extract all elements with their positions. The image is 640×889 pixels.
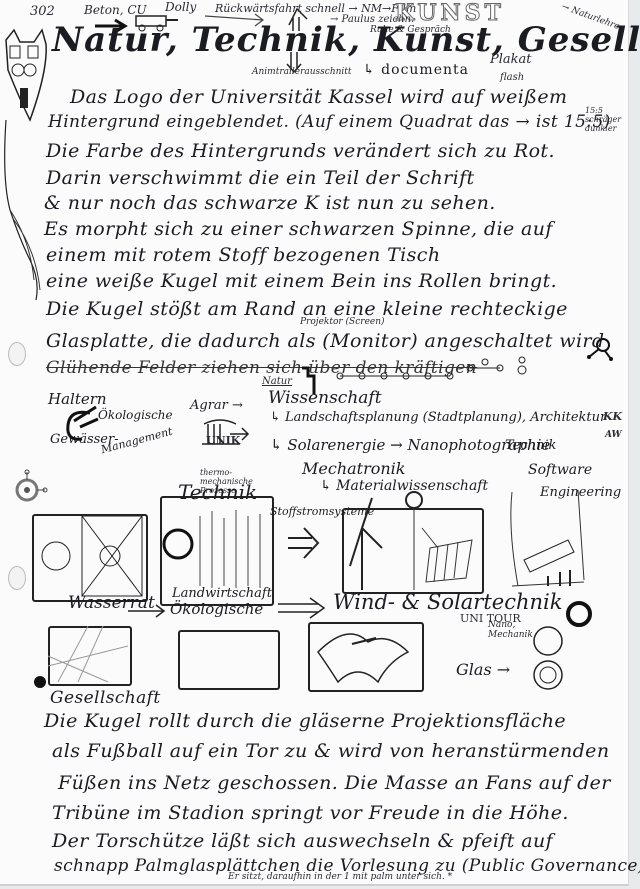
label-oekologische: Ökologische	[170, 600, 263, 618]
text-line: als Fußball auf ein Tor zu & wird von he…	[52, 740, 609, 762]
label-glas: Glas →	[456, 660, 510, 679]
note-plakat: Plakat	[490, 52, 532, 67]
text-line: Das Logo der Universität Kassel wird auf…	[70, 86, 567, 108]
floor-grid-icon	[48, 626, 128, 682]
text-line: Der Torschütze läßt sich auswechseln & p…	[52, 830, 553, 852]
punch-hole	[8, 566, 26, 590]
text-line: eine weiße Kugel mit einem Bein ins Roll…	[46, 270, 557, 292]
text-line: & nur noch das schwarze K ist nun zu seh…	[44, 192, 496, 214]
badge-circles-icon	[530, 625, 570, 695]
target-icon	[15, 470, 51, 506]
mindmap-natur-label: Natur	[262, 376, 292, 387]
building-sketch-icon	[200, 418, 250, 448]
page-number: 302	[30, 4, 55, 19]
section-heading: Gesellschaft	[50, 688, 161, 708]
text-line: Darin verschwimmt die ein Teil der Schri…	[46, 167, 475, 189]
mindmap-management: Management	[100, 425, 174, 457]
wind-turbine-icon	[342, 478, 482, 588]
label-landwirtschaft: Landwirtschaft	[172, 586, 272, 601]
note-animtrailer: Animtrailerausschnitt	[252, 67, 352, 77]
margin-note-right: 15:5 schräger dunkler	[585, 106, 615, 133]
text-line: Die Farbe des Hintergrunds verändert sic…	[46, 140, 555, 162]
mindmap-mechatronik: Mechatronik	[302, 459, 405, 478]
punch-hole	[8, 342, 26, 366]
shatter-sketch-icon	[308, 622, 420, 688]
page-title: Natur, Technik, Kunst, Gesellschaft	[52, 20, 640, 60]
text-line: Es morpht sich zu einer schwarzen Spinne…	[44, 218, 553, 240]
note-documenta: ↳ documenta	[363, 62, 469, 78]
text-line: Tribüne im Stadion springt vor Freude in…	[52, 802, 569, 824]
molecule-icon	[585, 335, 615, 365]
sun-sketch-icon	[34, 514, 144, 598]
arrow-icon	[128, 604, 168, 618]
double-arrow-icon	[286, 526, 322, 560]
note-flash: flash	[500, 72, 524, 83]
mindmap-oekologische: Ökologische	[98, 408, 173, 422]
house-solar-icon	[508, 490, 588, 590]
text-line: einem mit rotem Stoff bezogenen Tisch	[46, 244, 440, 266]
mindmap-kk: KK	[603, 410, 622, 423]
mindmap-aw: AW	[605, 430, 622, 440]
ink-blot-icon	[33, 675, 47, 689]
mindmap-wissenschaft: Wissenschaft	[268, 388, 382, 408]
note-projektor: Projektor (Screen)	[300, 317, 385, 327]
text-line: Glasplatte, die dadurch als (Monitor) an…	[46, 330, 604, 352]
label-nano-mechanik: Nano, Mechanik	[488, 620, 528, 640]
double-arrow-icon	[278, 598, 328, 618]
dragon-sketch-icon	[60, 405, 100, 445]
label-wind-solar: Wind- & Solartechnik	[333, 590, 562, 614]
mindmap-landschaft: ↳ Landschaftsplanung (Stadtplanung), Arc…	[270, 410, 606, 425]
mindmap-agrar: Agrar →	[190, 398, 243, 413]
text-line: Füßen ins Netz geschossen. Die Masse an …	[58, 772, 611, 794]
scanned-page: 302 Beton, CU Dolly Rückwärtsfahrt schne…	[0, 0, 629, 886]
footnote: Er sitzt, daraufhin in der 1 mit palm un…	[228, 872, 452, 882]
text-line: Hintergrund eingeblendet. (Auf einem Qua…	[48, 112, 611, 132]
mindmap-software: Software	[528, 462, 592, 478]
text-line: Die Kugel rollt durch die gläserne Proje…	[44, 710, 566, 732]
frame-empty	[178, 630, 280, 690]
mindmap-technik-sub: Technik	[505, 438, 556, 453]
